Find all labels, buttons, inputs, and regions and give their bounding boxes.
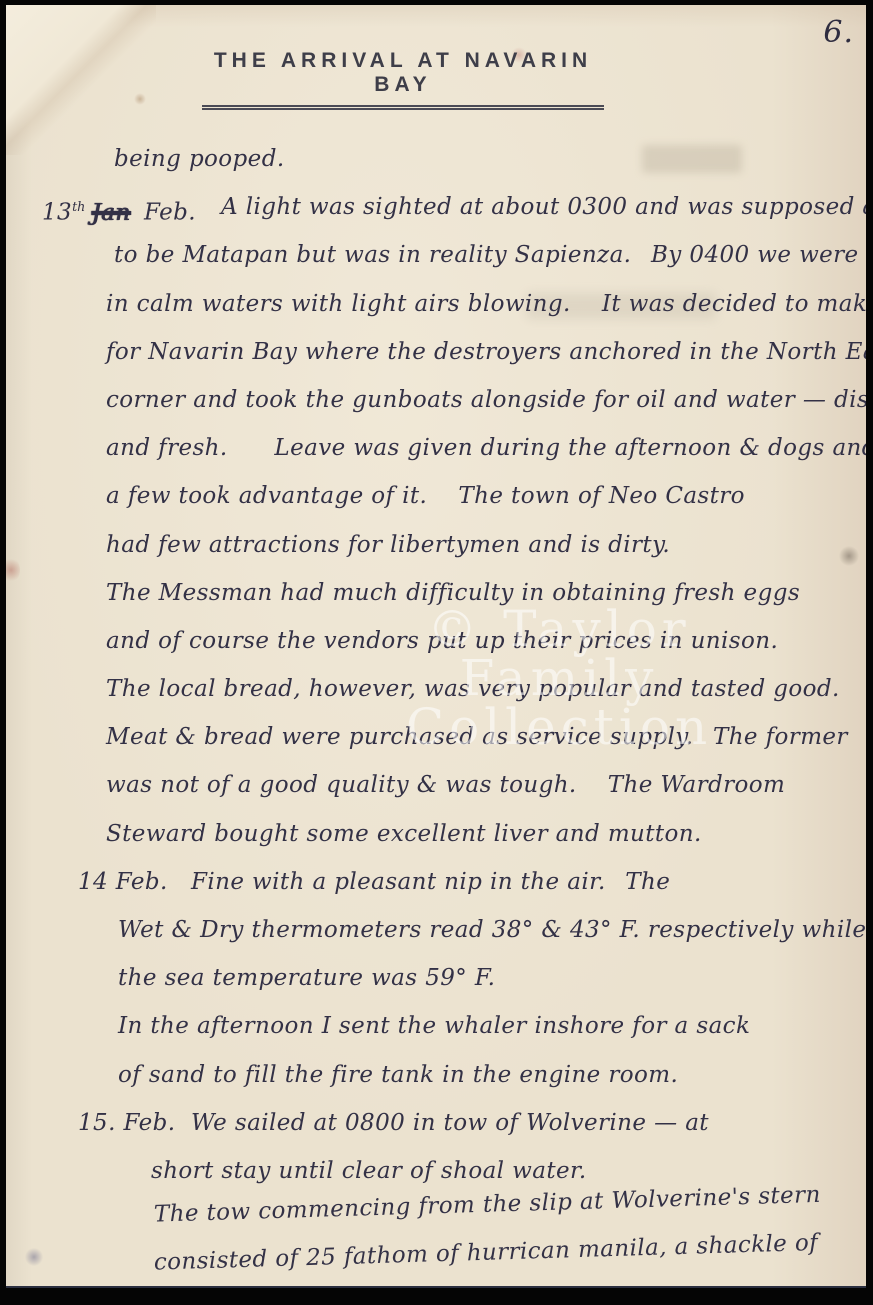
manuscript-line: and fresh. Leave was given during the af… (6, 424, 866, 472)
line-text: for Navarin Bay where the destroyers anc… (106, 339, 866, 365)
manuscript-line: 13thJan Feb.A light was sighted at about… (6, 183, 866, 231)
line-text: Fine with a pleasant nip in the air. The (191, 869, 670, 895)
line-text: In the afternoon I sent the whaler insho… (118, 1013, 750, 1039)
manuscript-line: Steward bought some excellent liver and … (6, 810, 866, 858)
manuscript-line: Wet & Dry thermometers read 38° & 43° F.… (6, 906, 866, 954)
manuscript-line: had few attractions for libertymen and i… (6, 521, 866, 569)
manuscript-line: a few took advantage of it. The town of … (6, 472, 866, 520)
manuscript-line: The local bread, however, was very popul… (6, 665, 866, 713)
line-text: was not of a good quality & was tough. T… (106, 772, 785, 798)
manuscript-line: the sea temperature was 59° F. (6, 954, 866, 1002)
line-text: the sea temperature was 59° F. (118, 965, 495, 991)
line-text: Meat & bread were purchased as service s… (106, 724, 848, 750)
manuscript-line: of sand to fill the fire tank in the eng… (6, 1051, 866, 1099)
manuscript-line: In the afternoon I sent the whaler insho… (6, 1002, 866, 1050)
page-title: THE ARRIVAL AT NAVARIN BAY (202, 49, 604, 110)
manuscript-line: and of course the vendors put up their p… (6, 617, 866, 665)
manuscript-line: being pooped. (6, 135, 866, 183)
manuscript-line: in calm waters with light airs blowing. … (6, 280, 866, 328)
line-text: and of course the vendors put up their p… (106, 628, 778, 654)
date-superscript: th (72, 199, 85, 214)
page-number: 6. (823, 15, 854, 50)
line-text: Wet & Dry thermometers read 38° & 43° F.… (118, 917, 866, 943)
line-text: being pooped. (114, 146, 285, 172)
manuscript-page: 6. THE ARRIVAL AT NAVARIN BAY being poop… (6, 5, 866, 1288)
manuscript-line: The Messman had much difficulty in obtai… (6, 569, 866, 617)
line-text: We sailed at 0800 in tow of Wolverine — … (191, 1110, 709, 1136)
manuscript-line: Meat & bread were purchased as service s… (6, 713, 866, 761)
scanned-document: { "manuscript": { "page_number": "6.", "… (0, 0, 873, 1305)
line-text: to be Matapan but was in reality Sapienz… (114, 242, 859, 268)
struck-text: Jan (91, 200, 130, 226)
line-text: in calm waters with light airs blowing. … (106, 291, 866, 317)
entry-date: 13thJan Feb. (42, 183, 196, 237)
manuscript-line: to be Matapan but was in reality Sapienz… (6, 231, 866, 279)
page-fold-corner (6, 5, 156, 155)
line-text: and fresh. Leave was given during the af… (106, 435, 866, 461)
line-text: had few attractions for libertymen and i… (106, 532, 670, 558)
manuscript-line: 15. Feb.We sailed at 0800 in tow of Wolv… (6, 1099, 866, 1147)
stain (134, 93, 146, 105)
manuscript-line: was not of a good quality & was tough. T… (6, 761, 866, 809)
line-text: The Messman had much difficulty in obtai… (106, 580, 800, 606)
line-text: A light was sighted at about 0300 and wa… (221, 194, 866, 220)
line-text: The local bread, however, was very popul… (106, 676, 840, 702)
manuscript-line: 14 Feb.Fine with a pleasant nip in the a… (6, 858, 866, 906)
line-text: consisted of 25 fathom of hurrican manil… (154, 1230, 819, 1276)
entry-date: 15. Feb. (78, 1099, 175, 1147)
line-text: Steward bought some excellent liver and … (106, 821, 702, 847)
entry-date: 14 Feb. (78, 858, 168, 906)
manuscript-line: corner and took the gunboats alongside f… (6, 376, 866, 424)
manuscript-lines: being pooped.13thJan Feb.A light was sig… (6, 135, 866, 1288)
manuscript-line: for Navarin Bay where the destroyers anc… (6, 328, 866, 376)
line-text: a few took advantage of it. The town of … (106, 483, 745, 509)
line-text: corner and took the gunboats alongside f… (106, 387, 866, 413)
line-text: of sand to fill the fire tank in the eng… (118, 1062, 678, 1088)
